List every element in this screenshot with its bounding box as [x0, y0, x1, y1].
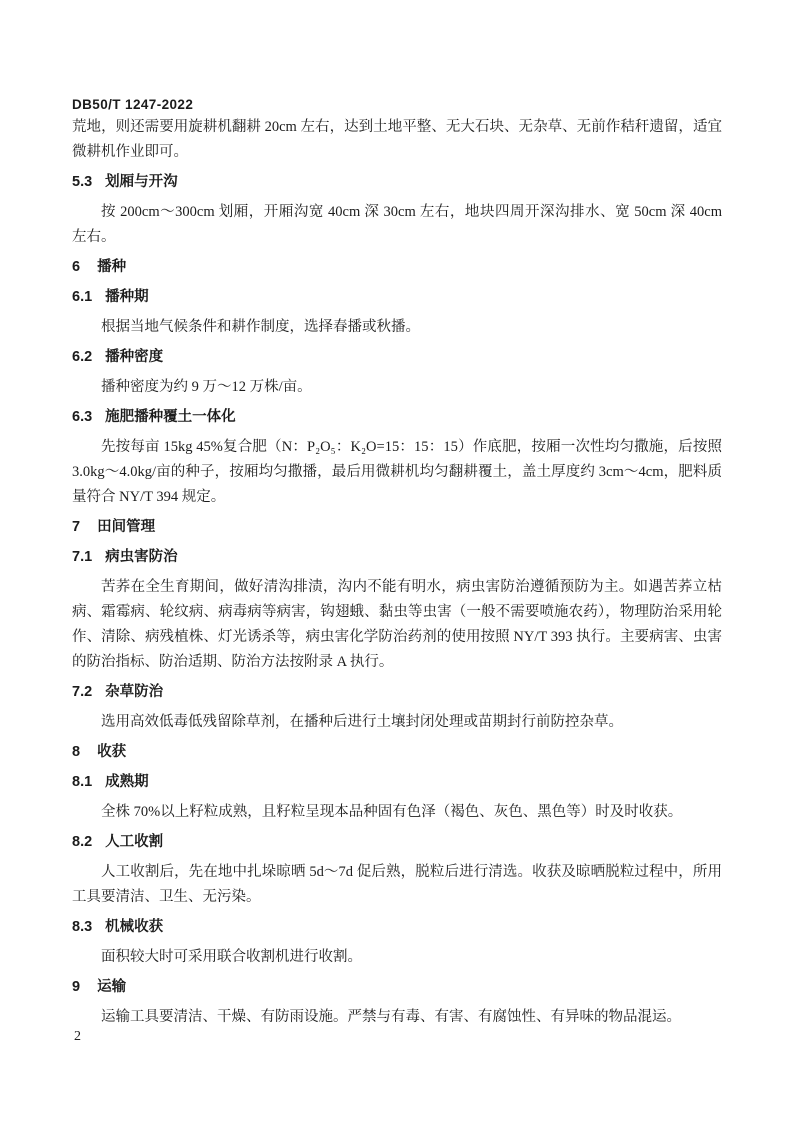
heading-number: 7 [72, 515, 80, 540]
heading-number: 6.3 [72, 405, 92, 430]
paragraph: 全株 70%以上籽粒成熟，且籽粒呈现本品种固有色泽（褐色、灰色、黑色等）时及时收… [72, 800, 722, 825]
document-body: 荒地，则还需要用旋耕机翻耕 20cm 左右，达到土地平整、无大石块、无杂草、无前… [72, 115, 722, 1030]
heading-number: 9 [72, 975, 80, 1000]
paragraph: 先按每亩 15kg 45%复合肥（N：P₂O₅：K₂O=15：15：15）作底肥… [72, 435, 722, 510]
heading-number: 8.2 [72, 830, 92, 855]
heading-title: 田间管理 [97, 519, 155, 535]
paragraph: 人工收割后，先在地中扎垛晾晒 5d～7d 促后熟，脱粒后进行清选。收获及晾晒脱粒… [72, 860, 722, 910]
clause-heading: 6.3施肥播种覆土一体化 [72, 405, 722, 430]
section-heading: 9运输 [72, 975, 722, 1000]
heading-number: 6.2 [72, 345, 92, 370]
heading-number: 8.3 [72, 915, 92, 940]
paragraph: 播种密度为约 9 万～12 万株/亩。 [72, 375, 722, 400]
section-heading: 8收获 [72, 740, 722, 765]
clause-heading: 8.3机械收获 [72, 915, 722, 940]
heading-title: 播种密度 [105, 349, 163, 365]
paragraph: 苦荞在全生育期间，做好清沟排渍，沟内不能有明水，病虫害防治遵循预防为主。如遇苦荞… [72, 575, 722, 675]
page-number: 2 [74, 1029, 81, 1044]
clause-heading: 5.3划厢与开沟 [72, 170, 722, 195]
clause-heading: 8.2人工收割 [72, 830, 722, 855]
heading-title: 机械收获 [105, 919, 163, 935]
heading-number: 7.1 [72, 545, 92, 570]
clause-heading: 7.2杂草防治 [72, 680, 722, 705]
paragraph: 面积较大时可采用联合收割机进行收割。 [72, 945, 722, 970]
heading-number: 5.3 [72, 170, 92, 195]
section-heading: 7田间管理 [72, 515, 722, 540]
document-page: DB50/T 1247-2022 荒地，则还需要用旋耕机翻耕 20cm 左右，达… [0, 0, 793, 1122]
heading-title: 划厢与开沟 [105, 174, 178, 190]
heading-number: 6.1 [72, 285, 92, 310]
clause-heading: 7.1病虫害防治 [72, 545, 722, 570]
paragraph: 按 200cm～300cm 划厢，开厢沟宽 40cm 深 30cm 左右，地块四… [72, 200, 722, 250]
paragraph: 根据当地气候条件和耕作制度，选择春播或秋播。 [72, 315, 722, 340]
heading-title: 施肥播种覆土一体化 [105, 409, 236, 425]
paragraph: 运输工具要清洁、干燥、有防雨设施。严禁与有毒、有害、有腐蚀性、有异味的物品混运。 [72, 1005, 722, 1030]
heading-title: 杂草防治 [105, 684, 163, 700]
page-header: DB50/T 1247-2022 [72, 96, 722, 114]
heading-number: 6 [72, 255, 80, 280]
clause-heading: 6.1播种期 [72, 285, 722, 310]
paragraph: 选用高效低毒低残留除草剂，在播种后进行土壤封闭处理或苗期封行前防控杂草。 [72, 710, 722, 735]
heading-number: 7.2 [72, 680, 92, 705]
heading-number: 8 [72, 740, 80, 765]
heading-title: 运输 [97, 979, 126, 995]
heading-title: 病虫害防治 [105, 549, 178, 565]
clause-heading: 6.2播种密度 [72, 345, 722, 370]
heading-title: 收获 [97, 744, 126, 760]
heading-number: 8.1 [72, 770, 92, 795]
clause-heading: 8.1成熟期 [72, 770, 722, 795]
heading-title: 播种 [97, 259, 126, 275]
heading-title: 播种期 [105, 289, 149, 305]
paragraph: 荒地，则还需要用旋耕机翻耕 20cm 左右，达到土地平整、无大石块、无杂草、无前… [72, 115, 722, 165]
page-footer: 2 [74, 1028, 81, 1046]
standard-number: DB50/T 1247-2022 [72, 97, 193, 112]
section-heading: 6播种 [72, 255, 722, 280]
heading-title: 成熟期 [105, 774, 149, 790]
heading-title: 人工收割 [105, 834, 163, 850]
